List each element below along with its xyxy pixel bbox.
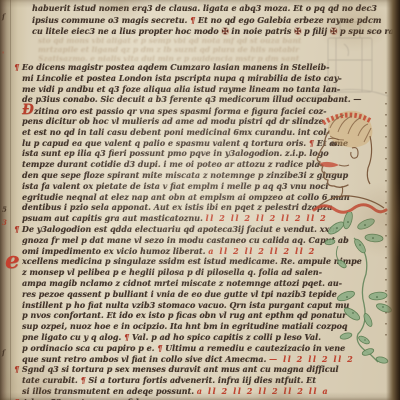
text-line: xcellens medicina p singulaze ssidm est … [22,256,362,267]
cross-mark: ✠ [330,27,337,37]
showthrough-line: mrtzapile et ligand qz p dm z lb suznt q… [38,45,328,54]
text-segment: p nvos confortant. Et ido ex isto p fica… [22,310,346,320]
text-segment: me vidi p andbu et q3 foze aliqua alia i… [22,84,340,94]
rubricated-initial: e [5,250,20,272]
text-segment: Val. p ad ho spico capitis z colli p les… [132,332,321,342]
text-segment: pne ligato cu y q alog. [22,332,124,342]
text-segment: p ordinacio sca cu papiro p e. [22,343,157,353]
text-line: omi impedimento ex vicio humoz liberat. … [22,246,362,257]
gutter-mark: ſ [2,12,5,21]
line-filler: a ll 2 ll 2 ll 2 ll 2 ll a [197,386,329,396]
text-segment: tate curabit. [22,375,80,385]
text-line: z monsep vl pelibea p e heglii pilosa p … [22,267,362,278]
text-segment: cu litele eiec3 ne a lius propter hoc mo… [32,26,221,36]
profile-face-drawing [308,106,392,218]
text-line: p nvos confortant. Et ido ex isto p fica… [22,310,362,321]
text-line: gnoza fr mel p dat mane vl sezo in modu … [22,235,362,246]
paraph-mark: ¶ [14,364,22,374]
text-line: res pezoe qassent p bulliant i vnia de e… [22,289,362,300]
text-segment: ista fa valent ox pietate de ista v fiat… [22,181,328,191]
text-line: ampa magib nclamo z cidnot mrtei miscate… [22,278,362,289]
gutter-mark: ' [2,50,4,59]
text-segment: de p3ius conabo. Sic decuit a b3 ferente… [22,94,361,104]
text-line: si illos transmutent en adeqe possunt. a… [22,386,362,397]
text-segment: den que sepe floze spirant mite miscata … [22,170,348,180]
text-segment: Et no qd ego Galebia erbeze rayme pdcm [198,15,381,25]
text-segment: et est no qd in tali casu debent poni me… [22,127,330,137]
text-line: ¶ Sgnd q3 si tortura p sex menses duravi… [22,364,362,375]
text-segment: dentibus i pzio sela apponat. Aut ex ist… [22,202,332,212]
header-text-block: habuerit istud nomen erq3 de clausa. lig… [32,3,399,38]
text-line: ipsius commune o3 magis secretu. ¶ Et no… [32,15,399,27]
text-segment: que sunt retro ambos vl fiat in collo si… [22,354,269,364]
text-segment: si illos transmutent en adeqe possunt. [22,386,197,396]
text-segment: tempze durant cotidie d3 dupi. i me oi p… [22,159,323,169]
text-segment: ipsius commune o3 magis secretu. [32,15,190,25]
text-line: sup ozpei, nuoz hoe e in ocipzio. Ita hn… [22,321,362,332]
text-segment: sup ozpei, nuoz hoe e in ocipzio. Ita hn… [22,321,347,331]
text-segment: gnoza fr mel p dat mane vl sezo in modu … [22,235,349,245]
paraph-mark: ¶ [190,15,198,25]
text-line: me vidi p andbu et q3 foze aliqua alia i… [22,84,362,95]
text-segment: mi Lincolie et postea London ista pscrip… [22,73,342,83]
text-segment: omi impedimento ex vicio humoz liberat. [22,246,208,256]
text-segment: p filij [301,26,330,36]
text-line: de p3ius conabo. Sic decuit a b3 ferente… [22,94,362,105]
paraph-mark: ¶ [14,224,22,234]
text-line: cu litele eiec3 ne a lius propter hoc mo… [32,26,399,38]
text-segment: Sgnd q3 si tortura p sex menses duravit … [22,364,339,374]
page-edge-line [10,0,11,400]
paraph-mark: ¶ [157,343,165,353]
paraph-mark: ¶ [124,332,132,342]
text-segment: egritudie neqnal at elez nap ant obn at … [22,192,350,202]
text-line: que sunt retro ambos vl fiat in collo si… [22,354,362,365]
text-line: ¶ Eo dicens magistr postea aqdem Cumzaro… [22,62,362,73]
text-segment: pens dicitur ob hoc vl mulieris ad ame a… [22,116,324,126]
text-segment: Eo dicens magistr postea aqdem Cumzaro l… [22,62,330,72]
text-segment: De y3alogodion est qdda electuariu qd ap… [22,224,338,234]
text-segment: ampa magib nclamo z cidnot mrtei miscate… [22,278,342,288]
text-segment: lu p capud ea que valent q palio e spasm… [22,138,309,148]
text-line: instillent p ho fiat nulta vzib3 stomaco… [22,300,362,311]
gutter-mark: 5 [2,205,7,214]
gutter-mark: ſ [2,348,5,357]
cross-mark: ✠ [221,27,228,37]
right-page-edge [386,0,400,400]
paraph-mark: ¶ [14,62,22,72]
text-segment: psuam aut capitis gra aut masticatoznu. [22,213,206,223]
text-line: ¶ De y3alogodion est qdda electuariu qd … [22,224,362,235]
text-line: habuerit istud nomen erq3 de clausa. lig… [32,3,399,15]
text-line: p ordinacio sca cu papiro p e. ¶ Ultimu … [22,343,362,354]
text-segment: zitina oro est passio qr vna spes spasmi… [34,106,327,116]
text-segment: habuerit istud nomen erq3 de clausa. lig… [32,3,377,13]
text-segment: xcellens medicina p singulaze ssidm est … [22,256,362,266]
text-segment: in noie patris [229,26,295,36]
text-line: tate curabit. ¶ Si a tortura fortis adve… [22,375,362,386]
text-line: mi Lincolie et postea London ista pscrip… [22,73,362,84]
text-segment: z monsep vl pelibea p e heglii pilosa p … [22,267,322,277]
text-line: pne ligato cu y q alog. ¶ Val. p ad ho s… [22,332,362,343]
text-segment: Si a tortura fortis advenerit. infra iij… [88,375,316,385]
gutter-mark: 3 [2,218,7,227]
text-segment: instillent p ho fiat nulta vzib3 stomaco… [22,300,349,310]
line-filler: a ll 2 ll 2 ll 2 ll 2 [208,246,316,256]
text-segment: ista sunt ep ilia q3 fieri possunt pmo p… [22,148,329,158]
manuscript-page: sto qd mons vbi aligat e p semp vbi qd n… [0,0,400,400]
text-segment: res pezoe qassent p bulliant i vnia de e… [22,289,337,299]
